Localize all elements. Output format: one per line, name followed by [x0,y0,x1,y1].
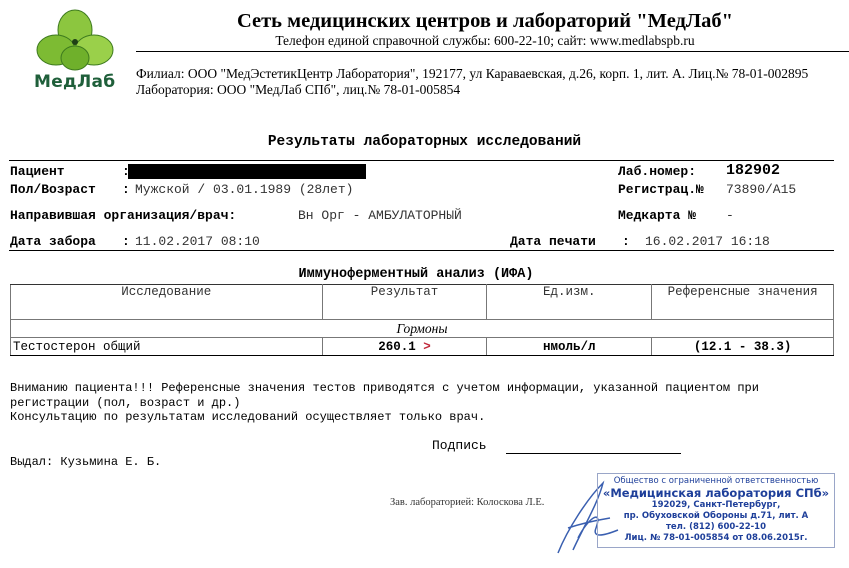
referrer-label: Направившая организация/врач: [10,208,236,223]
patient-notice: Вниманию пациента!!! Референсные значени… [10,381,759,425]
group-row: Гормоны [11,320,834,338]
signature-label: Подпись [432,438,487,453]
registration-value: 73890/А15 [726,182,796,197]
reference-value: (12.1 - 38.3) [652,338,834,356]
sex-age-label: Пол/Возраст [10,182,96,197]
sex-age-sep: : [122,182,130,197]
signature-line [506,453,681,454]
medcard-label: Медкарта № [618,208,696,223]
head-of-lab: Зав. лабораторией: Колоскова Л.Е. [390,497,544,508]
stamp-line-2: «Медицинская лаборатория СПб» [598,486,834,500]
notice-line-1: Вниманию пациента!!! Референсные значени… [10,381,759,396]
table-header-row: Исследование Результат Ед.изм. Референсн… [11,285,834,320]
col-header-result: Результат [322,285,487,320]
branch-info: Филиал: ООО "МедЭстетикЦентр Лаборатория… [136,66,836,98]
table-row: Тестостерон общий 260.1 > нмоль/л (12.1 … [11,338,834,356]
notice-line-2: регистрации (пол, возраст и др.) [10,396,759,411]
group-name: Гормоны [11,320,834,338]
stamp-line-4: пр. Обуховской Обороны д.71, лит. А [598,511,834,522]
unit-value: нмоль/л [487,338,652,356]
section-title: Иммуноферментный анализ (ИФА) [0,267,832,282]
laboratory-line: Лаборатория: ООО "МедЛаб СПб", лиц.№ 78-… [136,82,836,98]
result-value: 260.1 [378,340,416,354]
collection-date-label: Дата забора [10,234,96,249]
col-header-test: Исследование [11,285,323,320]
sex-age-value: Мужской / 03.01.1989 (28лет) [135,182,353,197]
logo-text: МедЛаб [34,72,115,92]
test-name: Тестостерон общий [11,338,323,356]
collection-date-sep: : [122,234,130,249]
medcard-value: - [726,208,734,223]
network-title: Сеть медицинских центров и лабораторий "… [135,10,835,33]
issued-by: Выдал: Кузьмина Е. Б. [10,455,161,469]
print-date-value: 16.02.2017 16:18 [645,234,770,249]
lab-number-value: 182902 [726,162,780,179]
stamp-line-5: тел. (812) 600-22-10 [598,522,834,533]
branch-line: Филиал: ООО "МедЭстетикЦентр Лаборатория… [136,66,836,82]
header-divider [136,51,849,52]
result-cell: 260.1 > [322,338,487,356]
results-table: Исследование Результат Ед.изм. Референсн… [10,284,834,356]
col-header-unit: Ед.изм. [487,285,652,320]
referrer-value: Вн Орг - АМБУЛАТОРНЫЙ [298,208,462,223]
organization-stamp: Общество с ограниченной ответственностью… [597,473,835,548]
col-header-reference: Референсные значения [652,285,834,320]
print-date-label: Дата печати [510,234,596,249]
patient-label: Пациент [10,164,65,179]
patient-bottom-divider [9,250,834,251]
document-title: Результаты лабораторных исследований [0,134,849,150]
print-date-sep: : [622,234,630,249]
stamp-line-1: Общество с ограниченной ответственностью [598,476,834,486]
lab-number-label: Лаб.номер: [618,164,696,179]
patient-top-divider [9,160,834,161]
registration-label: Регистрац.№ [618,182,704,197]
stamp-line-3: 192029, Санкт-Петербург, [598,500,834,511]
contact-line: Телефон единой справочной службы: 600-22… [135,33,835,49]
high-flag-icon: > [423,340,431,354]
stamp-line-6: Лиц. № 78-01-005854 от 08.06.2015г. [598,533,834,544]
collection-date-value: 11.02.2017 08:10 [135,234,260,249]
notice-line-3: Консультацию по результатам исследований… [10,410,759,425]
patient-name-redacted [128,164,366,179]
